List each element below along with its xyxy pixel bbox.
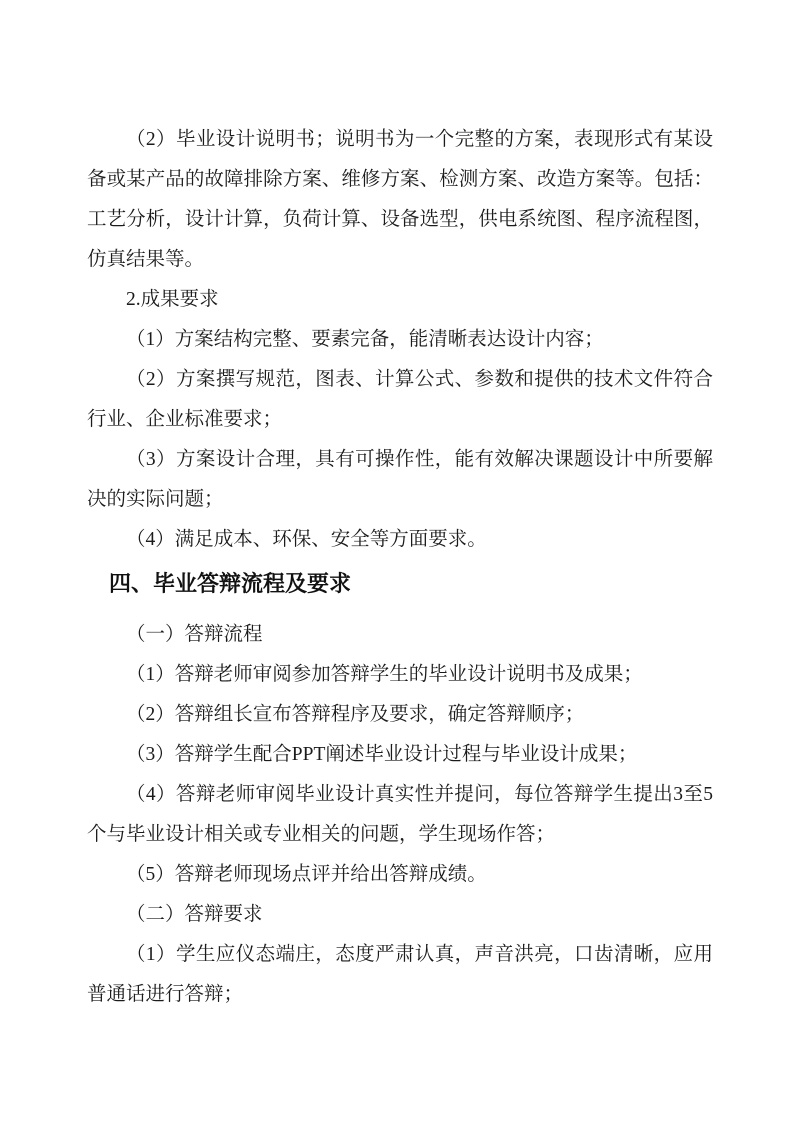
document-body: （2）毕业设计说明书；说明书为一个完整的方案，表现形式有某设备或某产品的故障排除… [87, 120, 713, 1015]
paragraph: （一）答辩流程 [87, 615, 713, 655]
document-page: （2）毕业设计说明书；说明书为一个完整的方案，表现形式有某设备或某产品的故障排除… [0, 0, 793, 1122]
paragraph: （3）答辩学生配合PPT阐述毕业设计过程与毕业设计成果； [87, 735, 713, 775]
paragraph: （5）答辩老师现场点评并给出答辩成绩。 [87, 855, 713, 895]
paragraph: （4）答辩老师审阅毕业设计真实性并提问，每位答辩学生提出3至5个与毕业设计相关或… [87, 775, 713, 855]
paragraph: （2）答辩组长宣布答辩程序及要求，确定答辩顺序； [87, 695, 713, 735]
paragraph: （2）毕业设计说明书；说明书为一个完整的方案，表现形式有某设备或某产品的故障排除… [87, 120, 713, 280]
paragraph: （1）方案结构完整、要素完备，能清晰表达设计内容； [87, 320, 713, 360]
paragraph: 2.成果要求 [87, 280, 713, 320]
paragraph: （二）答辩要求 [87, 895, 713, 935]
paragraph: （1）答辩老师审阅参加答辩学生的毕业设计说明书及成果； [87, 655, 713, 695]
section-heading: 四、毕业答辩流程及要求 [87, 568, 713, 600]
paragraph: （3）方案设计合理，具有可操作性，能有效解决课题设计中所要解决的实际问题； [87, 440, 713, 520]
paragraph: （2）方案撰写规范，图表、计算公式、参数和提供的技术文件符合行业、企业标准要求； [87, 360, 713, 440]
paragraph: （1）学生应仪态端庄，态度严肃认真，声音洪亮，口齿清晰，应用普通话进行答辩； [87, 935, 713, 1015]
paragraph: （4）满足成本、环保、安全等方面要求。 [87, 520, 713, 560]
